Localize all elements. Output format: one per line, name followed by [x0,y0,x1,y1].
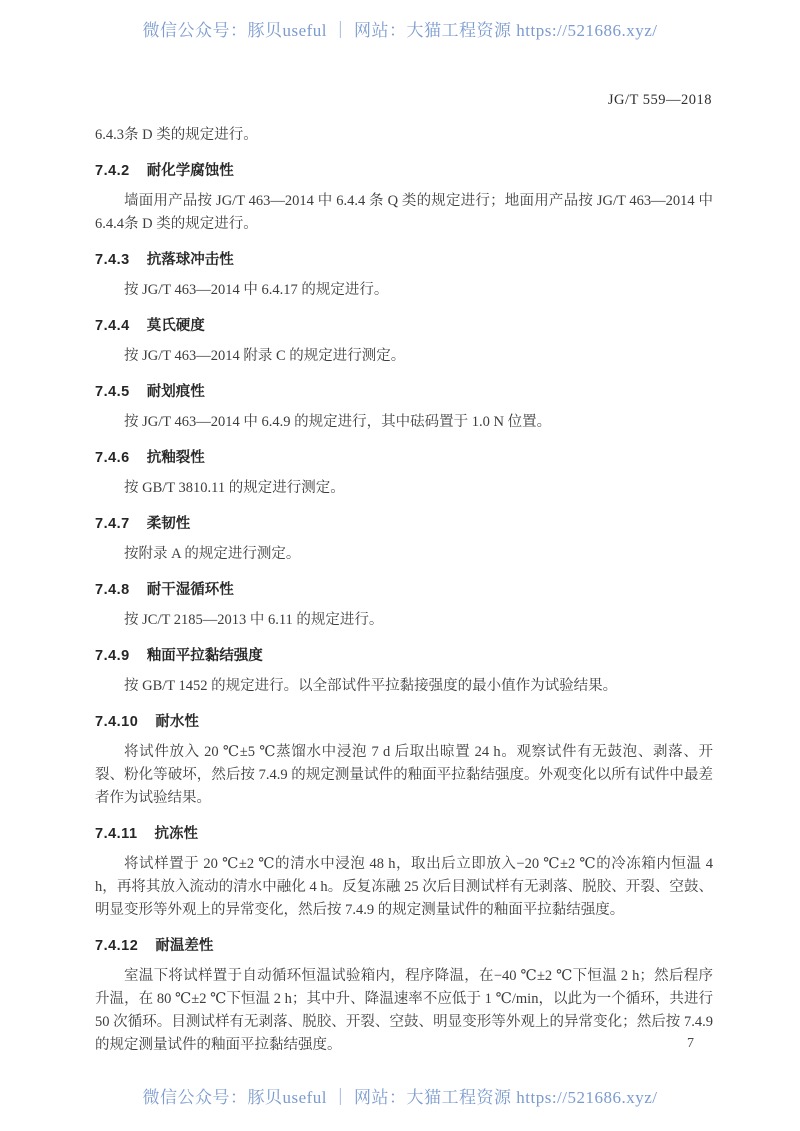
section-heading: 7.4.7 柔韧性 [95,513,713,536]
section-title: 耐干湿循环性 [147,582,234,598]
section-paragraph: 将试件放入 20 ℃±5 ℃蒸馏水中浸泡 7 d 后取出晾置 24 h。观察试件… [95,741,713,810]
watermark-header-text: 微信公众号：豚贝useful ｜ 网站：大猫工程资源 https://52168… [142,21,657,40]
section: 7.4.10 耐水性 将试件放入 20 ℃±5 ℃蒸馏水中浸泡 7 d 后取出晾… [95,711,713,810]
section-title: 柔韧性 [147,516,191,532]
section-paragraph: 按 GB/T 3810.11 的规定进行测定。 [95,477,713,500]
section-title: 抗落球冲击性 [147,252,234,268]
section-paragraph: 按 GB/T 1452 的规定进行。以全部试件平拉黏接强度的最小值作为试验结果。 [95,675,713,698]
section-heading: 7.4.12 耐温差性 [95,935,713,958]
section-paragraph: 按 JG/T 463—2014 附录 C 的规定进行测定。 [95,345,713,368]
section-title: 莫氏硬度 [147,318,205,334]
section-heading: 7.4.3 抗落球冲击性 [95,249,713,272]
section: 7.4.12 耐温差性 室温下将试样置于自动循环恒温试验箱内，程序降温，在−40… [95,935,713,1057]
section-title: 抗釉裂性 [147,450,205,466]
section-number: 7.4.8 [95,582,130,598]
section-heading: 7.4.4 莫氏硬度 [95,315,713,338]
section: 7.4.4 莫氏硬度 按 JG/T 463—2014 附录 C 的规定进行测定。 [95,315,713,368]
section-title: 釉面平拉黏结强度 [147,648,263,664]
section-number: 7.4.3 [95,252,130,268]
section-number: 7.4.6 [95,450,130,466]
section: 7.4.8 耐干湿循环性 按 JC/T 2185—2013 中 6.11 的规定… [95,579,713,632]
section-title: 抗冻性 [155,826,199,842]
document-page: 微信公众号：豚贝useful ｜ 网站：大猫工程资源 https://52168… [0,0,800,1131]
section-paragraph: 将试样置于 20 ℃±2 ℃的清水中浸泡 48 h，取出后立即放入−20 ℃±2… [95,853,713,922]
section-paragraph: 墙面用产品按 JG/T 463—2014 中 6.4.4 条 Q 类的规定进行；… [95,190,713,236]
section-heading: 7.4.11 抗冻性 [95,823,713,846]
section-number: 7.4.4 [95,318,130,334]
section-number: 7.4.11 [95,826,138,842]
section-number: 7.4.9 [95,648,130,664]
section-heading: 7.4.8 耐干湿循环性 [95,579,713,602]
section-title: 耐化学腐蚀性 [147,163,234,179]
section-number: 7.4.12 [95,938,138,954]
standard-code: JG/T 559—2018 [608,92,712,109]
section-title: 耐水性 [155,714,199,730]
section-paragraph: 按 JG/T 463—2014 中 6.4.17 的规定进行。 [95,279,713,302]
section: 7.4.2 耐化学腐蚀性 墙面用产品按 JG/T 463—2014 中 6.4.… [95,160,713,236]
section: 7.4.7 柔韧性 按附录 A 的规定进行测定。 [95,513,713,566]
section-heading: 7.4.10 耐水性 [95,711,713,734]
continued-line: 6.4.3条 D 类的规定进行。 [95,124,713,147]
section-title: 耐温差性 [155,938,213,954]
section-paragraph: 室温下将试样置于自动循环恒温试验箱内，程序降温，在−40 ℃±2 ℃下恒温 2 … [95,965,713,1057]
section-heading: 7.4.2 耐化学腐蚀性 [95,160,713,183]
section-number: 7.4.5 [95,384,130,400]
section-number: 7.4.7 [95,516,130,532]
section: 7.4.6 抗釉裂性 按 GB/T 3810.11 的规定进行测定。 [95,447,713,500]
section-title: 耐划痕性 [147,384,205,400]
sections-container: 7.4.2 耐化学腐蚀性 墙面用产品按 JG/T 463—2014 中 6.4.… [95,160,713,1057]
section-paragraph: 按 JG/T 463—2014 中 6.4.9 的规定进行，其中砝码置于 1.0… [95,411,713,434]
section: 7.4.9 釉面平拉黏结强度 按 GB/T 1452 的规定进行。以全部试件平拉… [95,645,713,698]
section-paragraph: 按附录 A 的规定进行测定。 [95,543,713,566]
section: 7.4.5 耐划痕性 按 JG/T 463—2014 中 6.4.9 的规定进行… [95,381,713,434]
section-heading: 7.4.5 耐划痕性 [95,381,713,404]
watermark-header: 微信公众号：豚贝useful ｜ 网站：大猫工程资源 https://52168… [0,16,800,41]
section-paragraph: 按 JC/T 2185—2013 中 6.11 的规定进行。 [95,609,713,632]
section: 7.4.3 抗落球冲击性 按 JG/T 463—2014 中 6.4.17 的规… [95,249,713,302]
watermark-footer: 微信公众号：豚贝useful ｜ 网站：大猫工程资源 https://52168… [0,1083,800,1108]
section-number: 7.4.10 [95,714,138,730]
section: 7.4.11 抗冻性 将试样置于 20 ℃±2 ℃的清水中浸泡 48 h，取出后… [95,823,713,922]
section-number: 7.4.2 [95,163,130,179]
watermark-footer-text: 微信公众号：豚贝useful ｜ 网站：大猫工程资源 https://52168… [142,1088,657,1107]
section-heading: 7.4.9 釉面平拉黏结强度 [95,645,713,668]
page-number: 7 [687,1036,694,1052]
section-heading: 7.4.6 抗釉裂性 [95,447,713,470]
document-content: 6.4.3条 D 类的规定进行。 7.4.2 耐化学腐蚀性 墙面用产品按 JG/… [95,124,713,1057]
